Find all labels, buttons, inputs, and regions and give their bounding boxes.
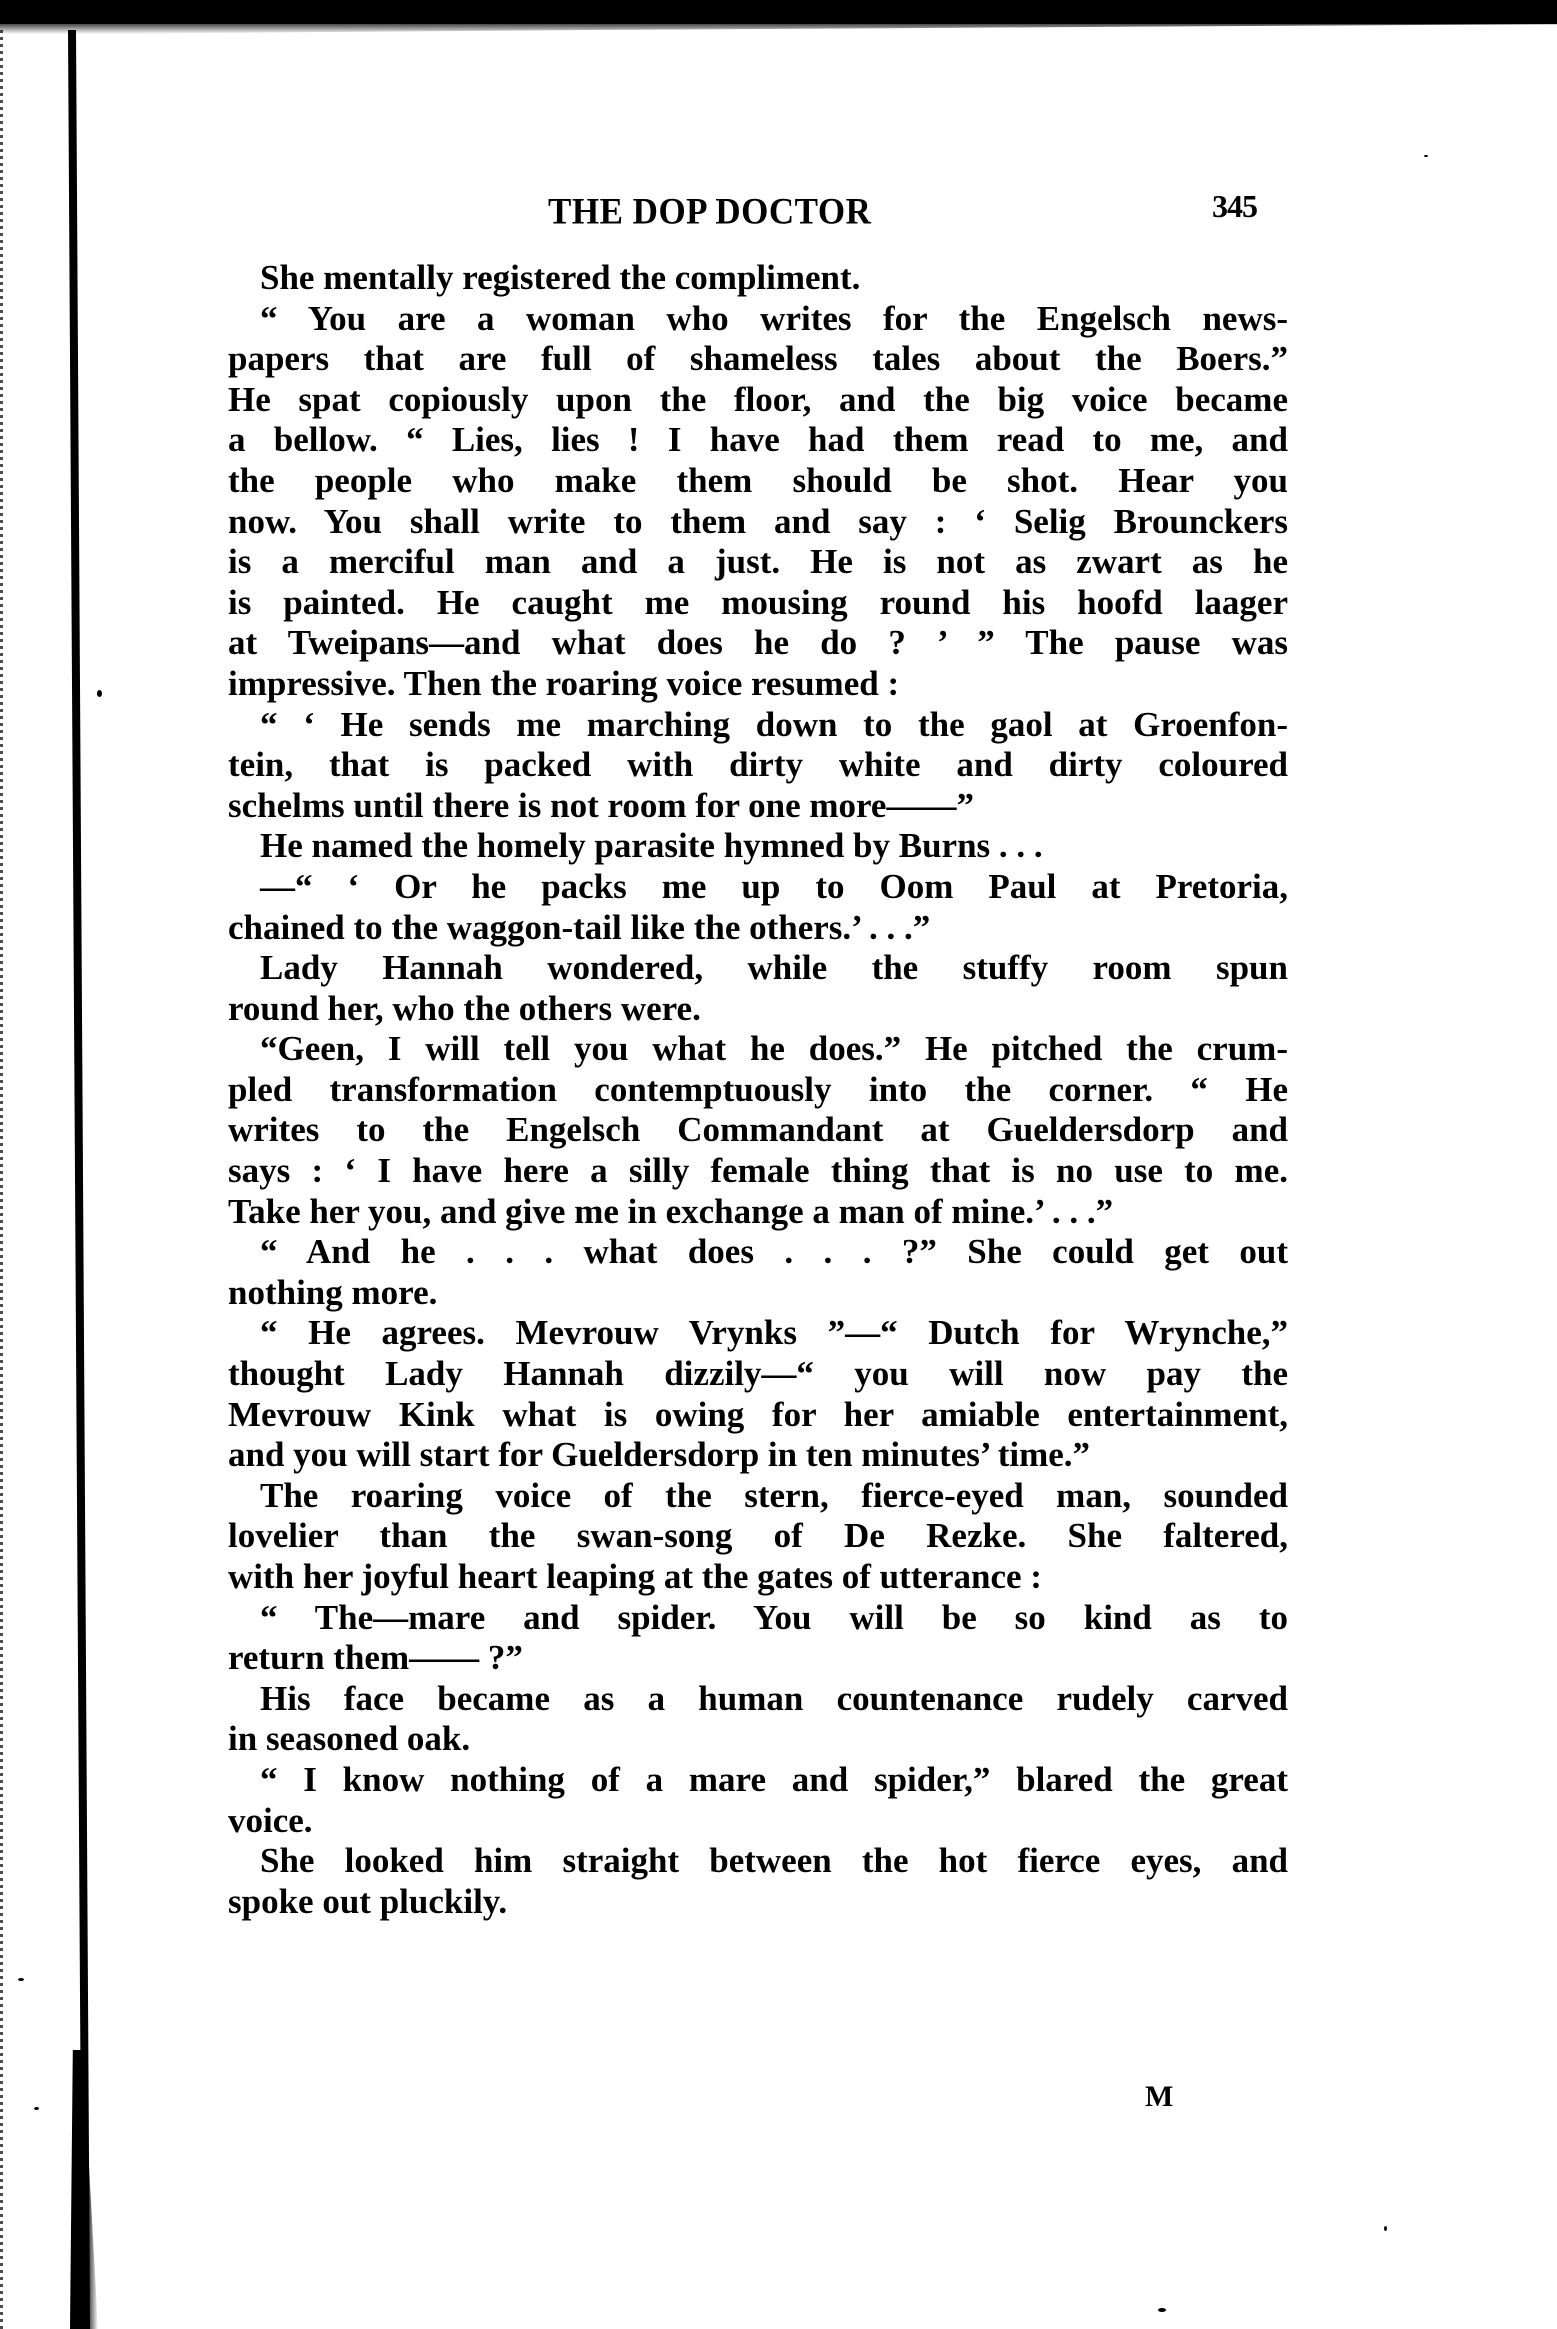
text-line: with her joyful heart leaping at the gat… — [228, 1557, 1288, 1598]
signature-mark: M — [1145, 2080, 1173, 2114]
text-line: chained to the waggon-tail like the othe… — [228, 908, 1288, 949]
text-line: Take her you, and give me in exchange a … — [228, 1192, 1288, 1233]
text-line: pled transformation contemptuously into … — [228, 1070, 1288, 1111]
text-line: “ I know nothing of a mare and spider,” … — [228, 1760, 1288, 1801]
text-line: “Geen, I will tell you what he does.” He… — [228, 1029, 1288, 1070]
text-line: is a merciful man and a just. He is not … — [228, 542, 1288, 583]
text-line: writes to the Engelsch Commandant at Gue… — [228, 1110, 1288, 1151]
scanned-book-page: THE DOP DOCTOR 345 She mentally register… — [0, 0, 1557, 2329]
scan-top-shadow — [0, 20, 1557, 34]
text-line: The roaring voice of the stern, fierce-e… — [228, 1476, 1288, 1517]
book-spine-shadow — [70, 2050, 98, 2329]
text-line: “ The—mare and spider. You will be so ki… — [228, 1598, 1288, 1639]
text-line: nothing more. — [228, 1273, 1288, 1314]
text-line: in seasoned oak. — [228, 1719, 1288, 1760]
text-line: and you will start for Gueldersdorp in t… — [228, 1435, 1288, 1476]
text-line: She looked him straight between the hot … — [228, 1841, 1288, 1882]
text-line: now. You shall write to them and say : ‘… — [228, 502, 1288, 543]
text-line: impressive. Then the roaring voice resum… — [228, 664, 1288, 705]
scan-speck — [1158, 2308, 1166, 2312]
running-head: THE DOP DOCTOR 345 — [0, 192, 1557, 232]
body-text: She mentally registered the compliment.“… — [228, 258, 1288, 1922]
text-line: She mentally registered the compliment. — [228, 258, 1288, 299]
text-line: thought Lady Hannah dizzily—“ you will n… — [228, 1354, 1288, 1395]
text-line: round her, who the others were. — [228, 989, 1288, 1030]
text-line: Mevrouw Kink what is owing for her amiab… — [228, 1395, 1288, 1436]
scan-left-edge — [0, 30, 3, 2329]
text-line: voice. — [228, 1801, 1288, 1842]
text-line: His face became as a human countenance r… — [228, 1679, 1288, 1720]
running-title: THE DOP DOCTOR — [548, 191, 871, 233]
text-line: return them—— ?” — [228, 1638, 1288, 1679]
scan-speck — [1424, 155, 1428, 157]
text-line: “ You are a woman who writes for the Eng… — [228, 299, 1288, 340]
text-line: spoke out pluckily. — [228, 1882, 1288, 1923]
book-spine-gutter — [68, 30, 90, 2329]
text-line: tein, that is packed with dirty white an… — [228, 745, 1288, 786]
text-line: says : ‘ I have here a silly female thin… — [228, 1151, 1288, 1192]
text-line: “ And he . . . what does . . . ?” She co… — [228, 1232, 1288, 1273]
scan-speck — [97, 690, 102, 697]
text-line: at Tweipans—and what does he do ? ’ ” Th… — [228, 623, 1288, 664]
scan-speck — [34, 2107, 39, 2110]
text-line: —“ ‘ Or he packs me up to Oom Paul at Pr… — [228, 867, 1288, 908]
scan-speck — [1384, 2226, 1387, 2231]
text-line: a bellow. “ Lies, lies ! I have had them… — [228, 420, 1288, 461]
text-line: “ ‘ He sends me marching down to the gao… — [228, 705, 1288, 746]
text-line: Lady Hannah wondered, while the stuffy r… — [228, 948, 1288, 989]
text-line: “ He agrees. Mevrouw Vrynks ”—“ Dutch fo… — [228, 1313, 1288, 1354]
page-number: 345 — [1212, 188, 1257, 225]
text-line: is painted. He caught me mousing round h… — [228, 583, 1288, 624]
text-line: He spat copiously upon the floor, and th… — [228, 380, 1288, 421]
scan-speck — [18, 1978, 24, 1981]
text-line: schelms until there is not room for one … — [228, 786, 1288, 827]
text-line: He named the homely parasite hymned by B… — [228, 826, 1288, 867]
text-line: papers that are full of shameless tales … — [228, 339, 1288, 380]
text-line: the people who make them should be shot.… — [228, 461, 1288, 502]
text-line: lovelier than the swan-song of De Rezke.… — [228, 1516, 1288, 1557]
